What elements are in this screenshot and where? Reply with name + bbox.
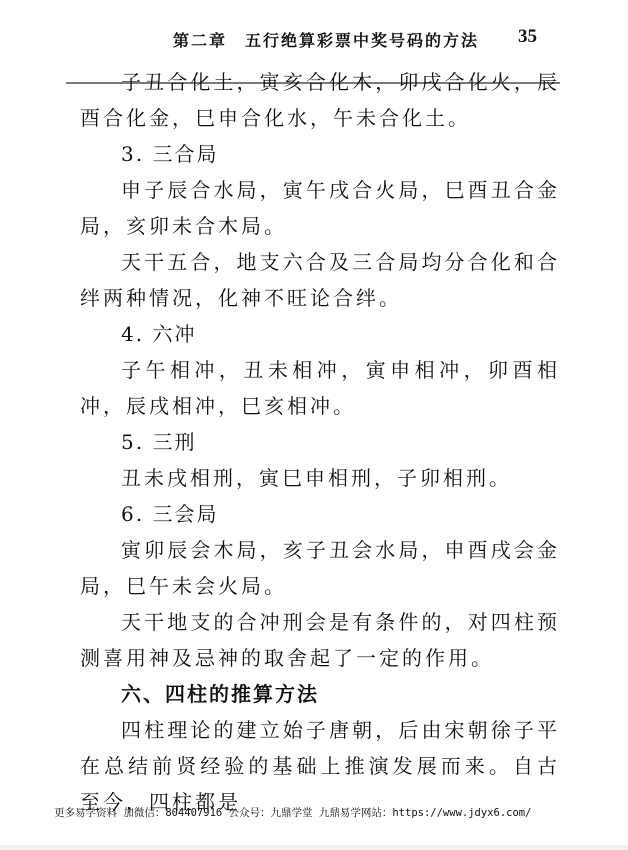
paragraph-hehua: 天干五合，地支六合及三合局均分合化和合绊两种情况，化神不旺论合绊。 [80, 244, 560, 316]
heading-liuchong: 4. 六冲 [80, 316, 560, 352]
chapter-title: 第二章 五行绝算彩票中奖号码的方法 [173, 28, 479, 51]
paragraph-conditions: 天干地支的合冲刑会是有条件的，对四柱预测喜用神及忌神的取舍起了一定的作用。 [80, 604, 560, 676]
paragraph-sanhe: 申子辰合水局，寅午戌合火局，巳酉丑合金局，亥卯未合木局。 [80, 172, 560, 244]
paragraph-sanxing: 丑未戌相刑，寅巳申相刑，子卯相刑。 [80, 460, 560, 496]
heading-sanxing: 5. 三刑 [80, 424, 560, 460]
page-number: 35 [518, 26, 537, 48]
body-text: 子丑合化土，寅亥合化木，卯戌合化火，辰酉合化金，巳申合化水，午未合化土。 3. … [80, 64, 560, 820]
paragraph-sanhui: 寅卯辰会木局，亥子丑会水局，申酉戌会金局，巳午未会火局。 [80, 532, 560, 604]
paragraph-liuhe: 子丑合化土，寅亥合化木，卯戌合化火，辰酉合化金，巳申合化水，午未合化土。 [80, 64, 560, 136]
bottom-band [0, 845, 628, 850]
heading-sanhe: 3. 三合局 [80, 136, 560, 172]
paragraph-liuchong: 子午相冲，丑未相冲，寅申相冲，卯酉相冲，辰戌相冲，巳亥相冲。 [80, 352, 560, 424]
heading-sanhui: 6. 三会局 [80, 496, 560, 532]
page-header: 第二章 五行绝算彩票中奖号码的方法 35 [0, 28, 628, 52]
section-heading-sizhu: 六、四柱的推算方法 [80, 676, 560, 712]
footer-watermark: 更多易学资料 加微信：804407916 公众号：九鼎学堂 九鼎易学网站：htt… [54, 805, 531, 820]
paragraph-sizhu: 四柱理论的建立始子唐朝，后由宋朝徐子平在总结前贤经验的基础上推演发展而来。自古至… [80, 712, 560, 820]
